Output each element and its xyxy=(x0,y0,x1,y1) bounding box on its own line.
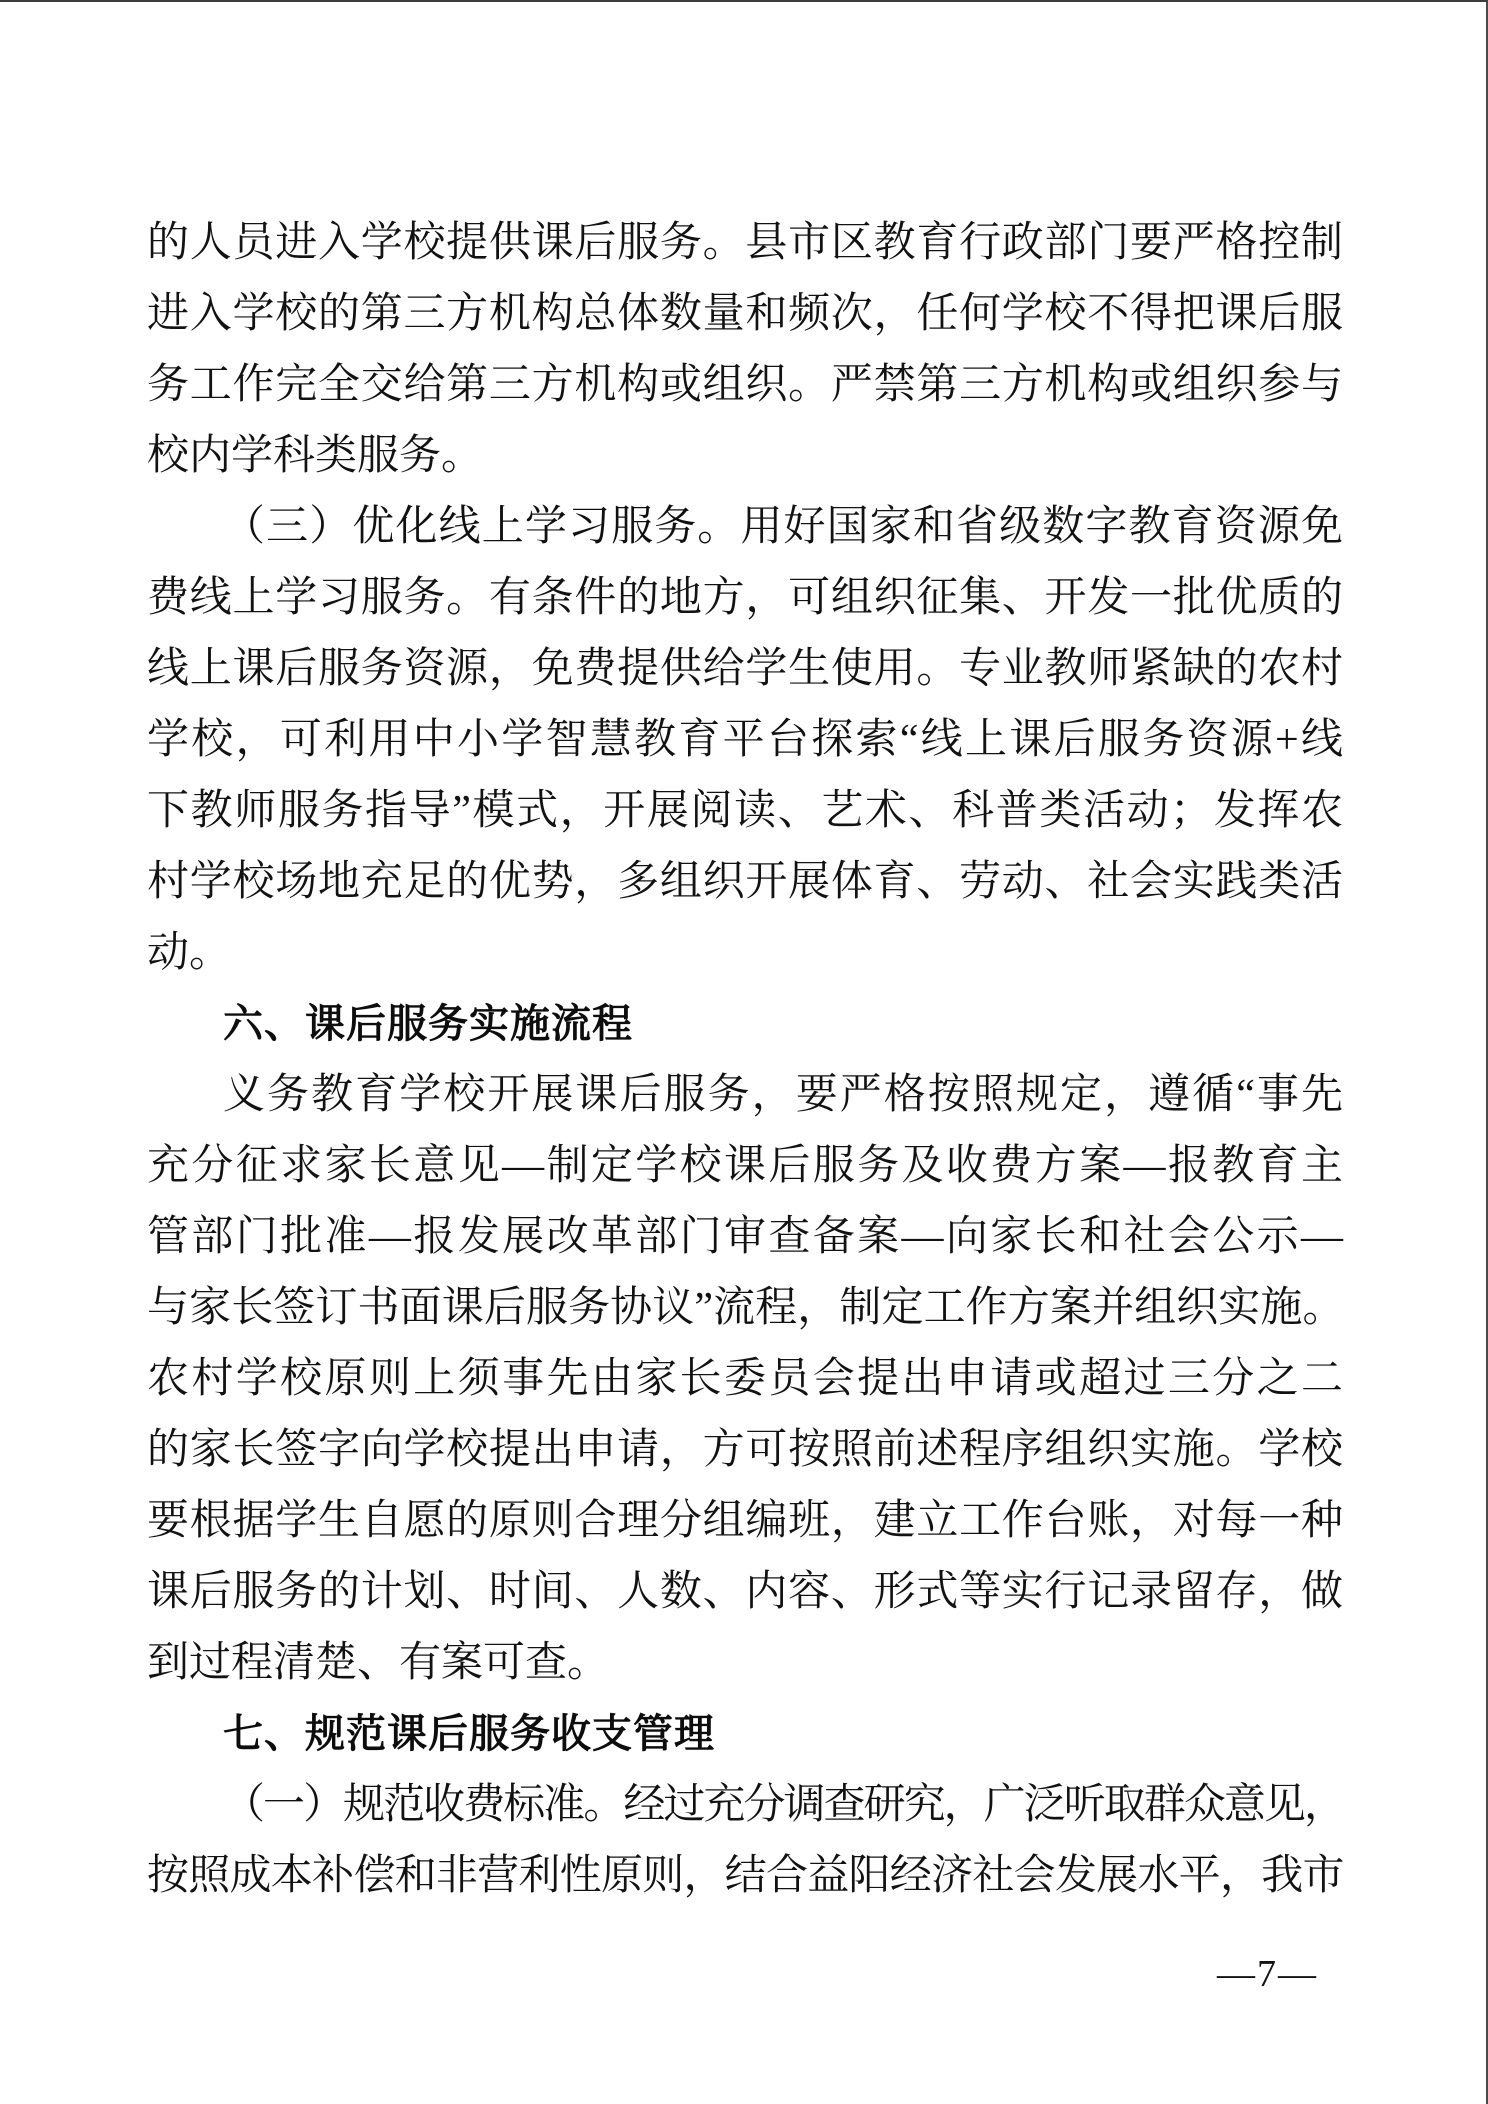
section-heading-7: 七、规范课后服务收支管理 xyxy=(147,1699,1343,1770)
body-line: 学校，可利用中小学智慧教育平台探索“线上课后服务资源+线 xyxy=(147,705,1343,776)
kai-lead-in: （一）规范收费标准。 xyxy=(223,1782,623,1828)
body-line: 与家长签订书面课后服务协议”流程，制定工作方案并组织实施。 xyxy=(147,1273,1343,1344)
body-line: 充分征求家长意见—制定学校课后服务及收费方案—报教育主 xyxy=(147,1131,1343,1202)
body-line: 进入学校的第三方机构总体数量和频次，任何学校不得把课后服 xyxy=(147,279,1343,350)
body-line: （一）规范收费标准。经过充分调查研究，广泛听取群众意见， xyxy=(147,1770,1343,1841)
body-line: （三）优化线上学习服务。用好国家和省级数字教育资源免 xyxy=(147,492,1343,563)
section-heading-6: 六、课后服务实施流程 xyxy=(147,989,1343,1060)
body-line: 校内学科类服务。 xyxy=(147,421,1343,492)
body-line: 按照成本补偿和非营利性原则，结合益阳经济社会发展水平，我市 xyxy=(147,1841,1343,1912)
document-body: 的人员进入学校提供课后服务。县市区教育行政部门要严格控制 进入学校的第三方机构总… xyxy=(147,208,1343,1912)
body-line: 义务教育学校开展课后服务，要严格按照规定，遵循“事先 xyxy=(147,1060,1343,1131)
body-line: 管部门批准—报发展改革部门审查备案—向家长和社会公示— xyxy=(147,1202,1343,1273)
body-line: 费线上学习服务。有条件的地方，可组织征集、开发一批优质的 xyxy=(147,563,1343,634)
page-number: —7— xyxy=(1217,1952,1318,1996)
body-line: 的家长签字向学校提出申请，方可按照前述程序组织实施。学校 xyxy=(147,1415,1343,1486)
document-page: 的人员进入学校提供课后服务。县市区教育行政部门要严格控制 进入学校的第三方机构总… xyxy=(0,0,1488,2104)
kai-lead-in: （三）优化线上学习服务。 xyxy=(223,504,740,550)
body-line: 村学校场地充足的优势，多组织开展体育、劳动、社会实践类活 xyxy=(147,847,1343,918)
body-line: 线上课后服务资源，免费提供给学生使用。专业教师紧缺的农村 xyxy=(147,634,1343,705)
body-line: 到过程清楚、有案可查。 xyxy=(147,1628,1343,1699)
body-line: 课后服务的计划、时间、人数、内容、形式等实行记录留存，做 xyxy=(147,1557,1343,1628)
body-line: 下教师服务指导”模式，开展阅读、艺术、科普类活动；发挥农 xyxy=(147,776,1343,847)
body-line: 务工作完全交给第三方机构或组织。严禁第三方机构或组织参与 xyxy=(147,350,1343,421)
body-line-text: 用好国家和省级数字教育资源免 xyxy=(740,504,1343,550)
body-line: 动。 xyxy=(147,918,1343,989)
body-line: 的人员进入学校提供课后服务。县市区教育行政部门要严格控制 xyxy=(147,208,1343,279)
body-line: 农村学校原则上须事先由家长委员会提出申请或超过三分之二 xyxy=(147,1344,1343,1415)
body-line-text: 经过充分调查研究，广泛听取群众意见， xyxy=(623,1782,1343,1828)
body-line: 要根据学生自愿的原则合理分组编班，建立工作台账，对每一种 xyxy=(147,1486,1343,1557)
